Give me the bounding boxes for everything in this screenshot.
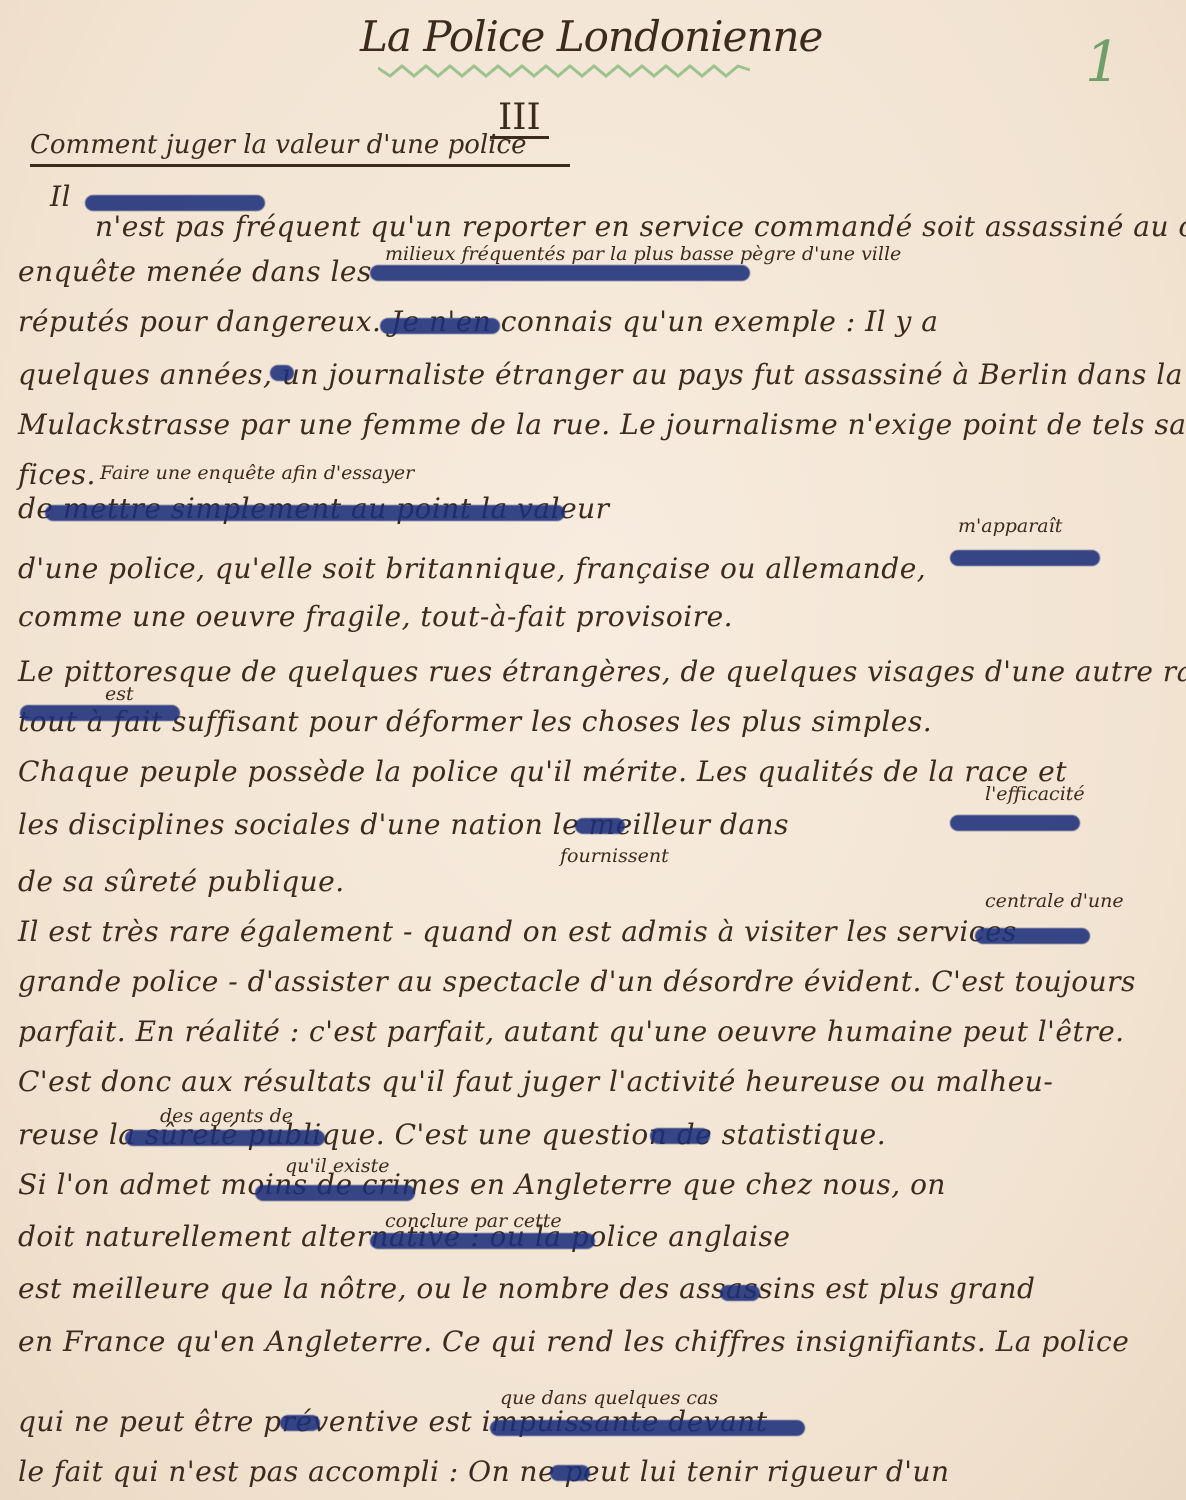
strikethrough	[575, 818, 625, 834]
strikethrough	[975, 928, 1090, 944]
strikethrough	[370, 265, 750, 281]
insertion: m'apparaît	[958, 515, 1062, 537]
text-line: le fait qui n'est pas accompli : On ne p…	[18, 1455, 950, 1488]
text-line: fices.	[18, 458, 96, 491]
text-line: Chaque peuple possède la police qu'il mé…	[18, 755, 1067, 788]
strikethrough	[370, 1233, 595, 1249]
section-subtitle: Comment juger la valeur d'une police	[30, 130, 570, 167]
strikethrough	[45, 505, 565, 521]
strikethrough	[255, 1185, 415, 1201]
manuscript-page: La Police Londonienne 1 III Comment juge…	[0, 0, 1186, 1500]
text-line: quelques années, un journaliste étranger…	[18, 358, 1183, 391]
strikethrough	[950, 815, 1080, 831]
strikethrough	[125, 1130, 325, 1146]
insertion: qu'il existe	[285, 1155, 389, 1177]
insertion: conclure par cette	[385, 1210, 562, 1232]
insertion: que dans quelques cas	[500, 1387, 718, 1409]
insertion: milieux fréquentés par la plus basse pèg…	[385, 243, 901, 265]
insertion: fournissent	[560, 845, 669, 867]
page-number: 1	[1085, 30, 1121, 95]
text-line: Il	[50, 180, 71, 213]
strikethrough	[650, 1128, 710, 1144]
strikethrough	[20, 705, 180, 721]
text-line: Il est très rare également - quand on es…	[18, 915, 1017, 948]
strikethrough	[950, 550, 1100, 566]
document-title: La Police Londonienne	[360, 12, 822, 61]
text-line: en France qu'en Angleterre. Ce qui rend …	[18, 1325, 1129, 1358]
strikethrough	[550, 1465, 590, 1481]
text-line: enquête menée dans les	[18, 255, 372, 288]
text-line: est meilleure que la nôtre, ou le nombre…	[18, 1272, 1035, 1305]
insertion: est	[105, 683, 134, 705]
insertion: des agents de	[160, 1105, 293, 1127]
text-line: d'une police, qu'elle soit britannique, …	[18, 552, 926, 585]
text-line: comme une oeuvre fragile, tout-à-fait pr…	[18, 600, 733, 633]
text-line: grande police - d'assister au spectacle …	[18, 965, 1136, 998]
text-line: n'est pas fréquent qu'un reporter en ser…	[95, 210, 1186, 243]
text-line: les disciplines sociales d'une nation le…	[18, 808, 789, 841]
text-line: Si l'on admet moins de crimes en Anglete…	[18, 1168, 946, 1201]
text-line: Mulackstrasse par une femme de la rue. L…	[18, 408, 1186, 441]
text-line: C'est donc aux résultats qu'il faut juge…	[18, 1065, 1053, 1098]
text-line: Le pittoresque de quelques rues étrangèr…	[18, 655, 1186, 688]
strikethrough	[490, 1420, 805, 1436]
insertion: l'efficacité	[985, 783, 1085, 805]
insertion: Faire une enquête afin d'essayer	[100, 462, 414, 484]
text-line: de sa sûreté publique.	[18, 865, 345, 898]
strikethrough	[380, 318, 500, 334]
wavy-underline	[378, 62, 750, 78]
strikethrough	[270, 365, 294, 381]
strikethrough	[720, 1285, 760, 1301]
text-line: parfait. En réalité : c'est parfait, aut…	[18, 1015, 1125, 1048]
strikethrough	[280, 1415, 320, 1431]
insertion: centrale d'une	[985, 890, 1124, 912]
strikethrough	[85, 195, 265, 211]
